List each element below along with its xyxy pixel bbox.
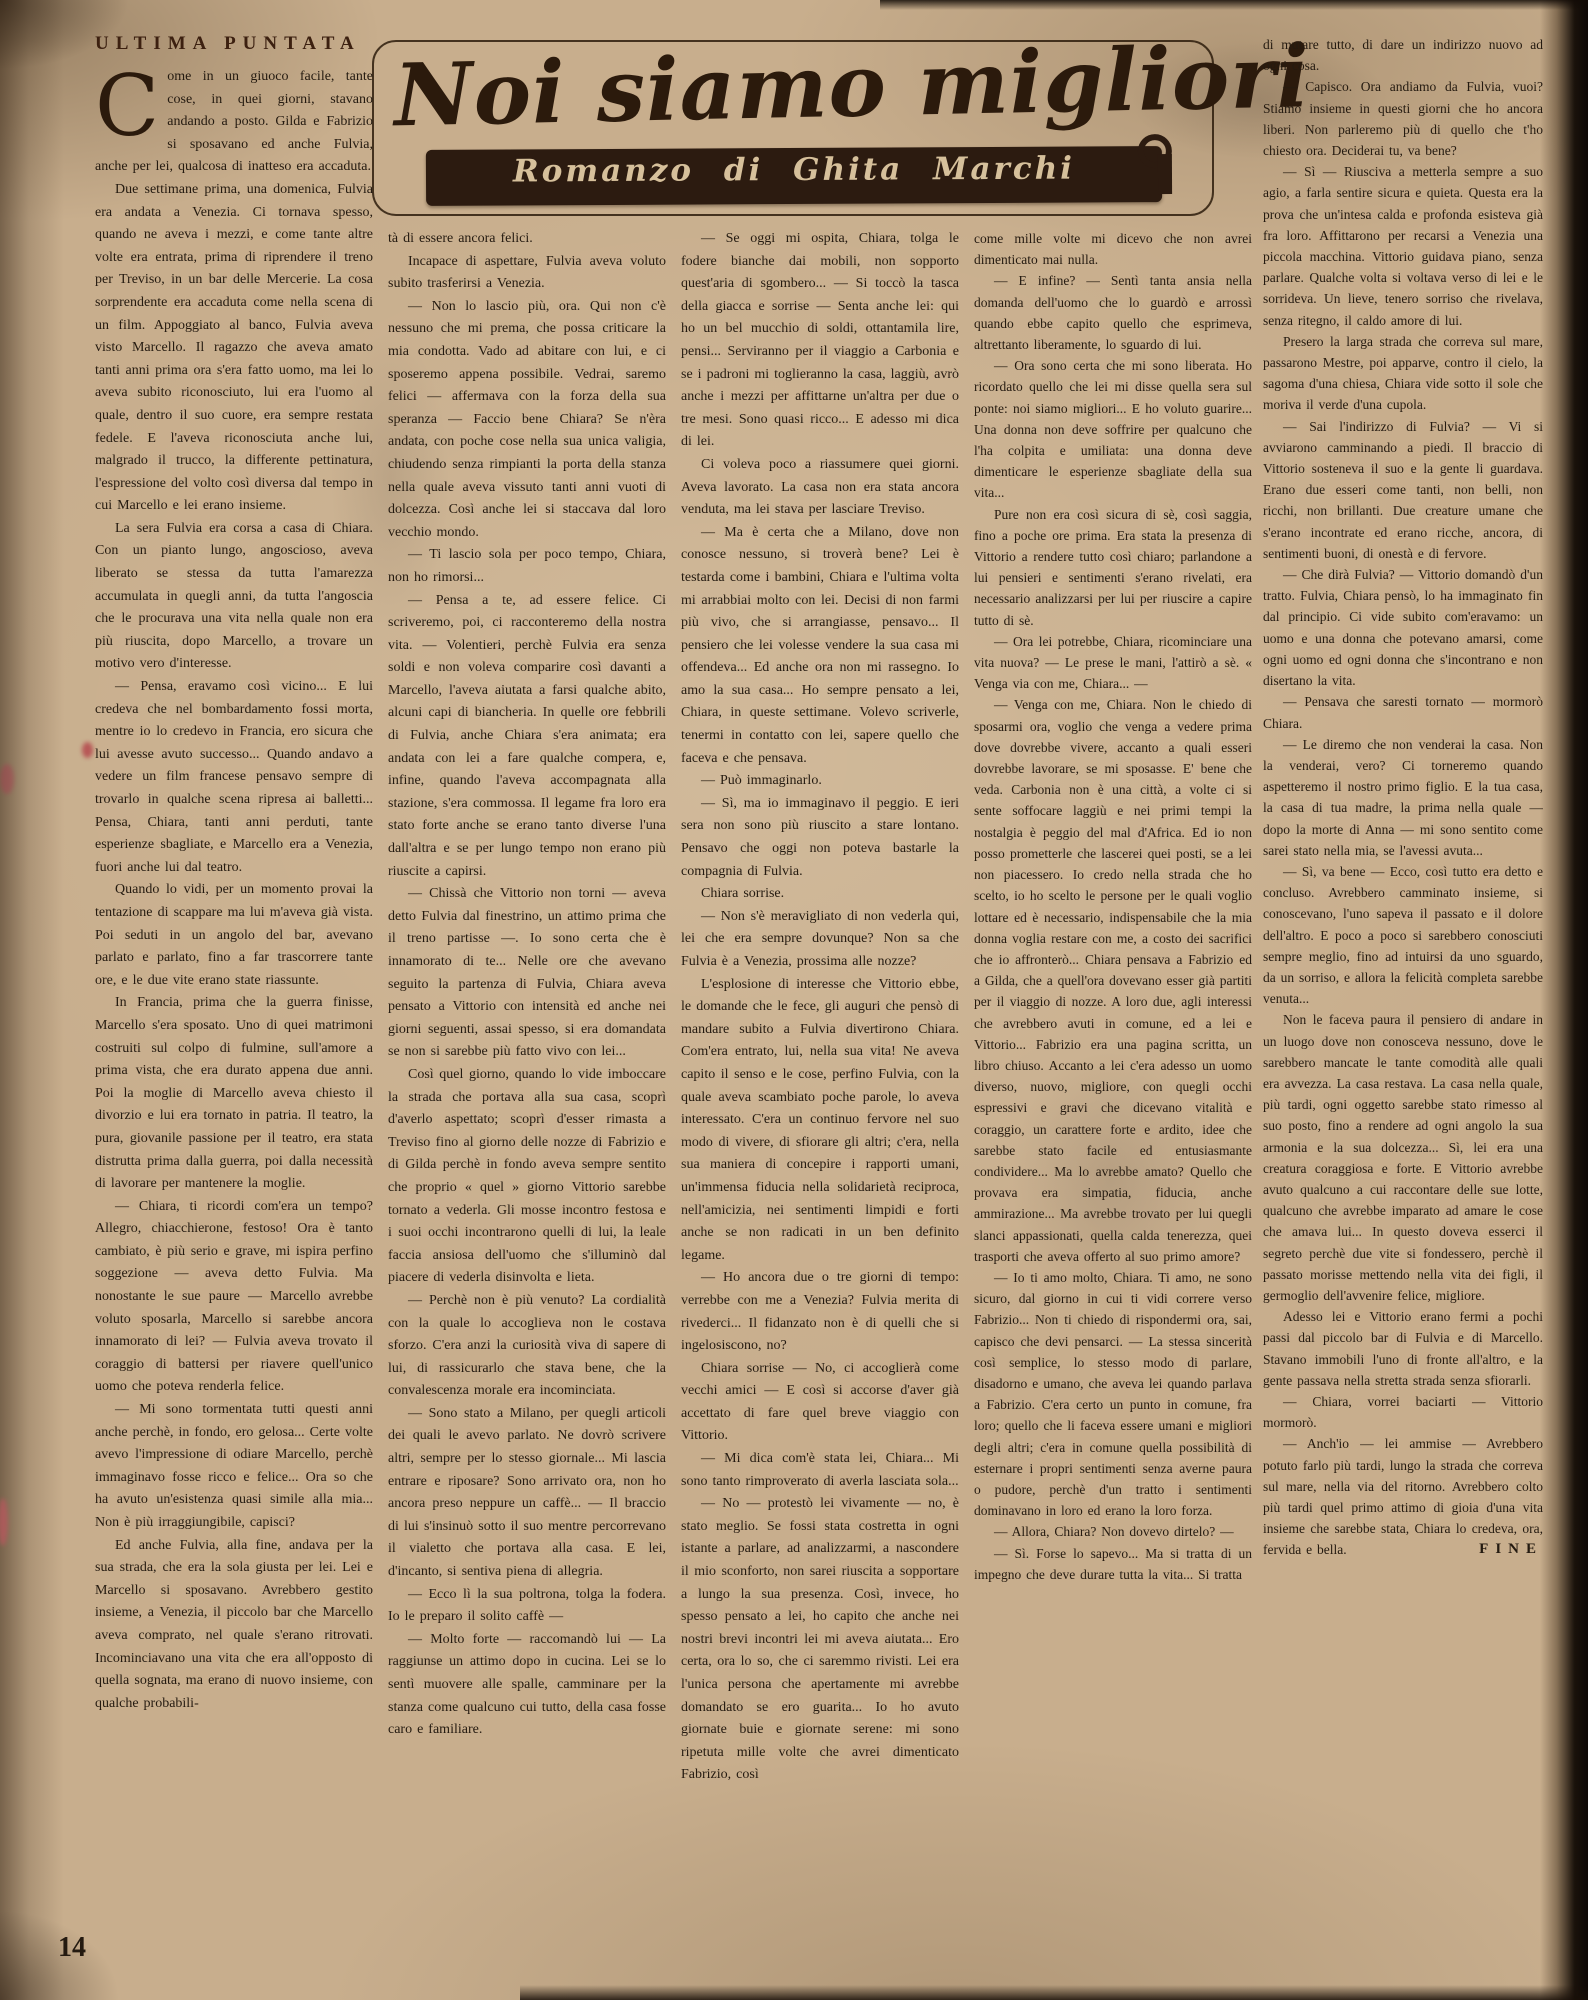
paragraph: Chiara sorrise. [681, 883, 959, 906]
paragraph: — Sai l'indirizzo di Fulvia? — Vi si avv… [1263, 416, 1543, 564]
text-column-3: — Se oggi mi ospita, Chiara, tolga le fo… [681, 228, 959, 1992]
paragraph: Non le faceva paura il pensiero di andar… [1263, 1009, 1543, 1306]
paragraph: — Molto forte — raccomandò lui — La ragg… [388, 1629, 666, 1742]
paragraph: — Sì — Riusciva a metterla sempre a suo … [1263, 161, 1543, 331]
text-column-2: tà di essere ancora felici.Incapace di a… [388, 228, 666, 1992]
paragraph: di mutare tutto, di dare un indirizzo nu… [1263, 34, 1543, 76]
title-box: Noi siamo migliori Romanzo di Ghita Marc… [372, 40, 1214, 216]
paragraph: Ed anche Fulvia, alla fine, andava per l… [95, 1535, 373, 1716]
paragraph: In Francia, prima che la guerra finisse,… [95, 992, 373, 1195]
paragraph: Come in un giuoco facile, tante cose, in… [95, 66, 373, 179]
paragraph: — Capisco. Ora andiamo da Fulvia, vuoi? … [1263, 76, 1543, 161]
paragraph: — Le diremo che non venderai la casa. No… [1263, 734, 1543, 861]
paragraph: — Sì. Forse lo sapevo... Ma si tratta di… [974, 1543, 1252, 1585]
paragraph: — E infine? — Sentì tanta ansia nella do… [974, 270, 1252, 355]
paragraph: — No — protestò lei vivamente — no, è st… [681, 1493, 959, 1787]
red-ink-mark [82, 742, 93, 758]
paragraph: — Mi dica com'è stata lei, Chiara... Mi … [681, 1448, 959, 1493]
page-title: Noi siamo migliori [393, 20, 1195, 157]
kicker-ultima-puntata: ULTIMA PUNTATA [95, 33, 385, 55]
paragraph: — Ora lei potrebbe, Chiara, ricominciare… [974, 631, 1252, 695]
paragraph: — Che dirà Fulvia? — Vittorio domandò d'… [1263, 564, 1543, 691]
paragraph: Chiara sorrise — No, ci accoglierà come … [681, 1358, 959, 1448]
paragraph: — Pensa, eravamo così vicino... E lui cr… [95, 676, 373, 879]
red-ink-mark [0, 1498, 8, 1546]
right-edge-shadow [1540, 0, 1588, 2000]
paragraph: La sera Fulvia era corsa a casa di Chiar… [95, 518, 373, 676]
magazine-page: ULTIMA PUNTATA Noi siamo migliori Romanz… [0, 0, 1588, 2000]
left-edge-shadow [0, 0, 64, 2000]
text-column-4: come mille volte mi dicevo che non avrei… [974, 228, 1252, 1992]
paragraph: Adesso lei e Vittorio erano fermi a poch… [1263, 1306, 1543, 1391]
paragraph: Pure non era così sicura di sè, così sag… [974, 504, 1252, 631]
paragraph: — Io ti amo molto, Chiara. Ti amo, ne so… [974, 1267, 1252, 1521]
paragraph: — Ora sono certa che mi sono liberata. H… [974, 355, 1252, 503]
paragraph: — Ho ancora due o tre giorni di tempo: v… [681, 1267, 959, 1357]
paragraph: come mille volte mi dicevo che non avrei… [974, 228, 1252, 270]
paragraph: Presero la larga strada che correva sul … [1263, 331, 1543, 416]
paragraph: Due settimane prima, una domenica, Fulvi… [95, 179, 373, 518]
paragraph: — Pensava che saresti tornato — mormorò … [1263, 691, 1543, 733]
paragraph: — Se oggi mi ospita, Chiara, tolga le fo… [681, 228, 959, 454]
paragraph: — Chiara, vorrei baciarti — Vittorio mor… [1263, 1391, 1543, 1433]
paragraph: — Venga con me, Chiara. Non le chiedo di… [974, 694, 1252, 1266]
paragraph: — Allora, Chiara? Non dovevo dirtelo? — [974, 1521, 1252, 1542]
paragraph: tà di essere ancora felici. [388, 228, 666, 251]
paragraph: — Sono stato a Milano, per quegli artico… [388, 1403, 666, 1584]
paragraph: — Ecco lì la sua poltrona, tolga la fode… [388, 1584, 666, 1629]
drop-cap: C [95, 66, 167, 140]
paragraph: — Mi sono tormentata tutti questi anni a… [95, 1399, 373, 1535]
paragraph: — Perchè non è più venuto? La cordialità… [388, 1290, 666, 1403]
paragraph: — Non s'è meravigliato di non vederla qu… [681, 906, 959, 974]
paragraph: — Ma è certa che a Milano, dove non cono… [681, 522, 959, 771]
paragraph: Ci voleva poco a riassumere quei giorni.… [681, 454, 959, 522]
paragraph: Incapace di aspettare, Fulvia aveva volu… [388, 251, 666, 296]
paragraph: — Chissà che Vittorio non torni — aveva … [388, 883, 666, 1064]
page-number: 14 [58, 1932, 86, 1964]
paragraph: Così quel giorno, quando lo vide imbocca… [388, 1064, 666, 1290]
paragraph: L'esplosione di interesse che Vittorio e… [681, 974, 959, 1268]
paragraph: — Chiara, ti ricordi com'era un tempo? A… [95, 1196, 373, 1399]
paragraph: — Anch'io — lei ammise — Avrebbero potut… [1263, 1433, 1543, 1560]
paragraph: — Ti lascio sola per poco tempo, Chiara,… [388, 544, 666, 589]
top-edge-shadow [880, 0, 1588, 10]
paragraph: — Sì, va bene — Ecco, così tutto era det… [1263, 861, 1543, 1009]
subtitle-banner: Romanzo di Ghita Marchi [426, 146, 1162, 206]
paragraph: Quando lo vidi, per un momento provai la… [95, 879, 373, 992]
red-ink-mark [0, 764, 14, 794]
paragraph: — Non lo lascio più, ora. Qui non c'è ne… [388, 296, 666, 545]
text-column-5: di mutare tutto, di dare un indirizzo nu… [1263, 34, 1543, 1992]
subtitle-text: Romanzo di Ghita Marchi [426, 150, 1162, 190]
fine-marker: FINE [1479, 1539, 1543, 1560]
paragraph: — Può immaginarlo. [681, 770, 959, 793]
paragraph: — Pensa a te, ad essere felice. Ci scriv… [388, 590, 666, 884]
paragraph: — Sì, ma io immaginavo il peggio. E ieri… [681, 793, 959, 883]
text-column-1: Come in un giuoco facile, tante cose, in… [95, 66, 373, 1990]
